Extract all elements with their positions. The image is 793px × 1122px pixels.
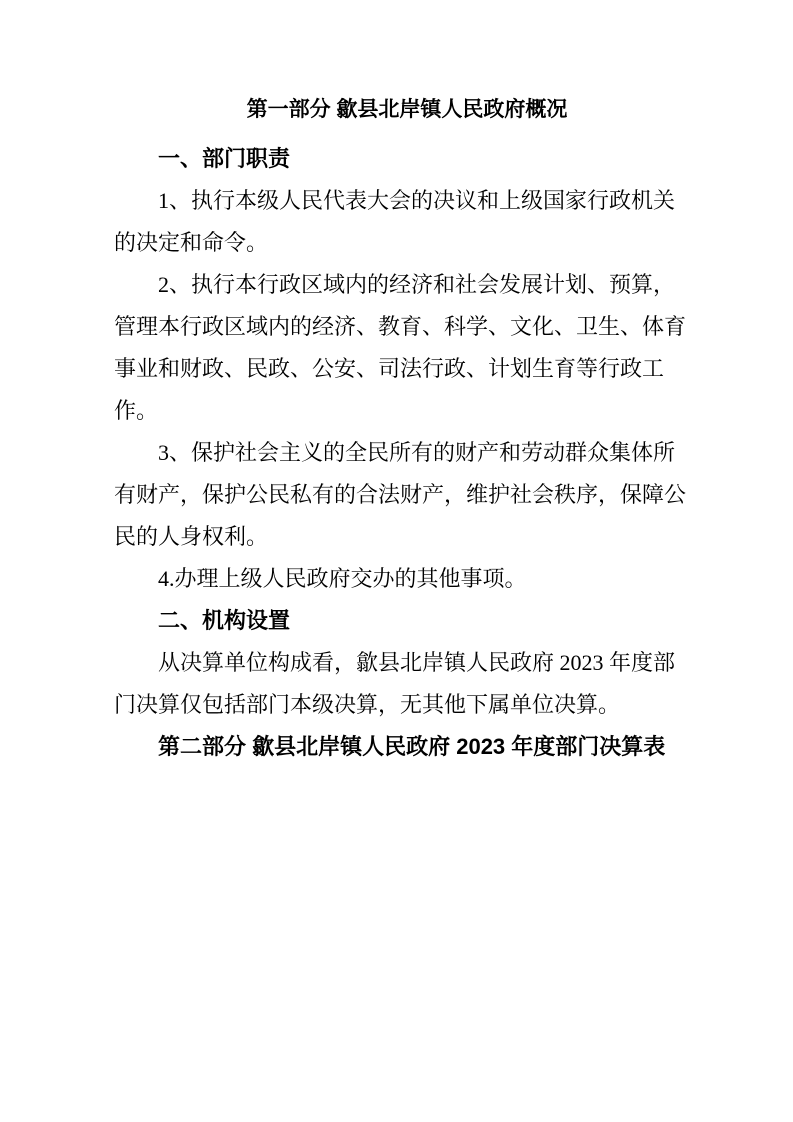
section2-heading: 二、机构设置 <box>114 600 700 642</box>
part2-title: 第二部分 歙县北岸镇人民政府 2023 年度部门决算表 <box>114 726 700 768</box>
section-duties: 一、部门职责 1、执行本级人民代表大会的决议和上级国家行政机关 的决定和命令。 … <box>114 138 700 600</box>
part1-title: 第一部分 歙县北岸镇人民政府概况 <box>114 94 700 126</box>
paragraph-duty-1: 1、执行本级人民代表大会的决议和上级国家行政机关 的决定和命令。 <box>114 180 700 264</box>
paragraph-duty-3: 3、保护社会主义的全民所有的财产和劳动群众集体所 有财产，保护公民私有的合法财产… <box>114 432 700 558</box>
section-organization: 二、机构设置 从决算单位构成看，歙县北岸镇人民政府 2023 年度部 门决算仅包… <box>114 600 700 726</box>
document-page: 第一部分 歙县北岸镇人民政府概况 一、部门职责 1、执行本级人民代表大会的决议和… <box>0 0 793 1122</box>
paragraph-duty-4: 4.办理上级人民政府交办的其他事项。 <box>114 558 700 600</box>
section1-heading: 一、部门职责 <box>114 138 700 180</box>
paragraph-duty-2: 2、执行本行政区域内的经济和社会发展计划、预算， 管理本行政区域内的经济、教育、… <box>114 264 700 432</box>
paragraph-organization-1: 从决算单位构成看，歙县北岸镇人民政府 2023 年度部 门决算仅包括部门本级决算… <box>114 642 700 726</box>
